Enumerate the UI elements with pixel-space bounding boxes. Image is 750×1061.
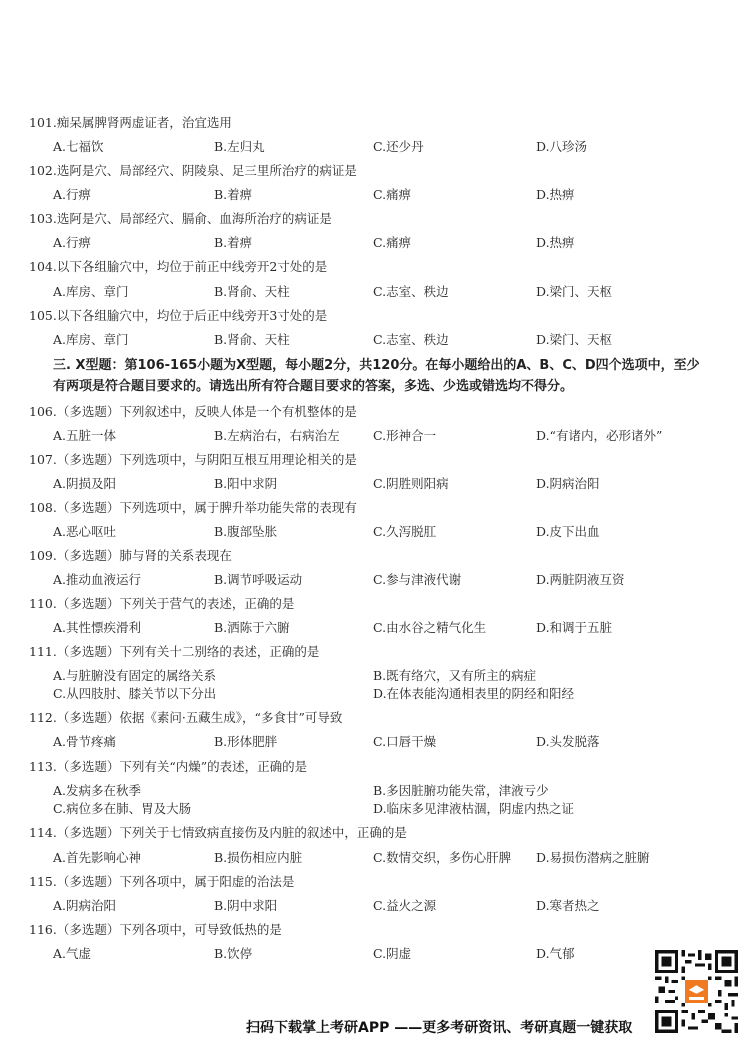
section-header: 三. X型题：第106-165小题为X型题，每小题2分，共120分。在每小题给出… (53, 355, 703, 397)
option-b: B.既有络穴，又有所主的病症 (373, 668, 536, 684)
option-c: C.痛痹 (373, 235, 411, 251)
option-a: A.七福饮 (53, 139, 104, 155)
option-b: B.肾俞、天柱 (214, 332, 290, 348)
question-options: A.气虚 B.饮停 C.阴虚 D.气郁 (0, 946, 750, 962)
question-stem: 107.（多选题）下列选项中，与阴阳互根互用理论相关的是 (29, 452, 357, 468)
option-a: A.五脏一体 (53, 428, 116, 444)
section-header-line2: 有两项是符合题目要求的。请选出所有符合题目要求的答案，多选、少选或错选均不得分。 (53, 376, 703, 397)
option-a: A.首先影响心神 (53, 850, 141, 866)
question-stem: 110.（多选题）下列关于营气的表述，正确的是 (29, 596, 294, 612)
option-a: A.与脏腑没有固定的属络关系 (53, 668, 216, 684)
question-options: A.行痹 B.着痹 C.痛痹 D.热痹 (0, 187, 750, 203)
question-options: A.阴病治阳 B.阴中求阳 C.益火之源 D.寒者热之 (0, 898, 750, 914)
option-d: D.八珍汤 (536, 139, 587, 155)
option-d: D.热痹 (536, 235, 575, 251)
option-d: D.热痹 (536, 187, 575, 203)
option-c: C.参与津液代谢 (373, 572, 461, 588)
option-a: A.骨节疼痛 (53, 734, 116, 750)
question-options: A.与脏腑没有固定的属络关系 B.既有络穴，又有所主的病症 (0, 668, 750, 684)
option-c: C.形神合一 (373, 428, 436, 444)
option-a: A.行痹 (53, 235, 91, 251)
question-options: A.恶心呕吐 B.腹部坠胀 C.久泻脱肛 D.皮下出血 (0, 524, 750, 540)
question-options: A.推动血液运行 B.调节呼吸运动 C.参与津液代谢 D.两脏阴液互资 (0, 572, 750, 588)
option-d: D.在体表能沟通相表里的阴经和阳经 (373, 686, 574, 702)
question-stem: 114.（多选题）下列关于七情致病直接伤及内脏的叙述中，正确的是 (29, 825, 407, 841)
option-c: C.还少丹 (373, 139, 424, 155)
option-d: D.临床多见津液枯涸，阴虚内热之证 (373, 801, 574, 817)
option-c: C.痛痹 (373, 187, 411, 203)
question-options: A.骨节疼痛 B.形体肥胖 C.口唇干燥 D.头发脱落 (0, 734, 750, 750)
option-a: A.行痹 (53, 187, 91, 203)
option-a: A.库房、章门 (53, 284, 129, 300)
option-d: D.和调于五脏 (536, 620, 612, 636)
option-c: C.由水谷之精气化生 (373, 620, 486, 636)
option-b: B.多因脏腑功能失常，津液亏少 (373, 783, 549, 799)
question-stem: 106.（多选题）下列叙述中，反映人体是一个有机整体的是 (29, 404, 357, 420)
option-c: C.口唇干燥 (373, 734, 436, 750)
footer-promo-text: 扫码下载掌上考研APP ——更多考研资讯、考研真题一键获取 (246, 1017, 632, 1037)
question-options: A.阴损及阳 B.阳中求阴 C.阴胜则阳病 D.阴病治阳 (0, 476, 750, 492)
option-d: D.阴病治阳 (536, 476, 600, 492)
exam-page: 101.痴呆属脾肾两虚证者，治宜选用 A.七福饮 B.左归丸 C.还少丹 D.八… (0, 0, 750, 1061)
question-stem: 109.（多选题）肺与肾的关系表现在 (29, 548, 232, 564)
question-options: A.库房、章门 B.肾俞、天柱 C.志室、秩边 D.梁门、天枢 (0, 284, 750, 300)
option-c: C.益火之源 (373, 898, 436, 914)
option-a: A.其性慓疾滑利 (53, 620, 141, 636)
option-a: A.恶心呕吐 (53, 524, 116, 540)
option-a: A.阴损及阳 (53, 476, 116, 492)
qr-code-icon[interactable] (655, 950, 738, 1033)
question-options: A.五脏一体 B.左病治右，右病治左 C.形神合一 D.“有诸内，必形诸外” (0, 428, 750, 444)
option-d: D.皮下出血 (536, 524, 600, 540)
question-stem: 105.以下各组腧穴中，均位于后正中线旁开3寸处的是 (29, 308, 327, 324)
question-options: A.发病多在秋季 B.多因脏腑功能失常，津液亏少 (0, 783, 750, 799)
option-c: C.志室、秩边 (373, 284, 449, 300)
question-stem: 111.（多选题）下列有关十二别络的表述，正确的是 (29, 644, 319, 660)
question-stem: 104.以下各组腧穴中，均位于前正中线旁开2寸处的是 (29, 259, 327, 275)
option-b: B.肾俞、天柱 (214, 284, 290, 300)
option-b: B.洒陈于六腑 (214, 620, 290, 636)
option-c: C.数情交织，多伤心肝脾 (373, 850, 511, 866)
option-d: D.头发脱落 (536, 734, 600, 750)
option-d: D.气郁 (536, 946, 575, 962)
question-options: C.病位多在肺、胃及大肠 D.临床多见津液枯涸，阴虚内热之证 (0, 801, 750, 817)
option-d: D.寒者热之 (536, 898, 600, 914)
option-c: C.阴胜则阳病 (373, 476, 449, 492)
option-a: A.库房、章门 (53, 332, 129, 348)
question-options: A.其性慓疾滑利 B.洒陈于六腑 C.由水谷之精气化生 D.和调于五脏 (0, 620, 750, 636)
option-c: C.久泻脱肛 (373, 524, 436, 540)
question-options: C.从四肢肘、膝关节以下分出 D.在体表能沟通相表里的阴经和阳经 (0, 686, 750, 702)
option-b: B.阳中求阴 (214, 476, 277, 492)
option-b: B.饮停 (214, 946, 252, 962)
question-stem: 115.（多选题）下列各项中，属于阳虚的治法是 (29, 874, 294, 890)
section-header-line1: 三. X型题：第106-165小题为X型题，每小题2分，共120分。在每小题给出… (53, 355, 703, 376)
option-c: C.从四肢肘、膝关节以下分出 (53, 686, 216, 702)
option-a: A.发病多在秋季 (53, 783, 141, 799)
question-stem: 102.选阿是穴、局部经穴、阴陵泉、足三里所治疗的病证是 (29, 163, 357, 179)
question-stem: 113.（多选题）下列有关“内燥”的表述，正确的是 (29, 759, 307, 775)
option-b: B.着痹 (214, 235, 252, 251)
question-options: A.库房、章门 B.肾俞、天柱 C.志室、秩边 D.梁门、天枢 (0, 332, 750, 348)
option-b: B.损伤相应内脏 (214, 850, 302, 866)
question-stem: 116.（多选题）下列各项中，可导致低热的是 (29, 922, 282, 938)
option-d: D.易损伤潜病之脏腑 (536, 850, 650, 866)
option-d: D.梁门、天枢 (536, 284, 612, 300)
option-d: D.“有诸内，必形诸外” (536, 428, 662, 444)
question-options: A.行痹 B.着痹 C.痛痹 D.热痹 (0, 235, 750, 251)
question-stem: 101.痴呆属脾肾两虚证者，治宜选用 (29, 115, 232, 131)
option-b: B.阴中求阳 (214, 898, 277, 914)
option-a: A.气虚 (53, 946, 91, 962)
option-b: B.形体肥胖 (214, 734, 277, 750)
option-c: C.志室、秩边 (373, 332, 449, 348)
question-options: A.首先影响心神 B.损伤相应内脏 C.数情交织，多伤心肝脾 D.易损伤潜病之脏… (0, 850, 750, 866)
option-c: C.阴虚 (373, 946, 411, 962)
option-b: B.左归丸 (214, 139, 265, 155)
option-a: A.阴病治阳 (53, 898, 116, 914)
option-a: A.推动血液运行 (53, 572, 141, 588)
question-stem: 103.选阿是穴、局部经穴、膈俞、血海所治疗的病证是 (29, 211, 332, 227)
option-b: B.着痹 (214, 187, 252, 203)
question-options: A.七福饮 B.左归丸 C.还少丹 D.八珍汤 (0, 139, 750, 155)
question-stem: 112.（多选题）依据《素问·五藏生成》，“多食甘”可导致 (29, 710, 342, 726)
option-d: D.梁门、天枢 (536, 332, 612, 348)
option-d: D.两脏阴液互资 (536, 572, 625, 588)
option-b: B.腹部坠胀 (214, 524, 277, 540)
question-stem: 108.（多选题）下列选项中，属于脾升举功能失常的表现有 (29, 500, 357, 516)
option-c: C.病位多在肺、胃及大肠 (53, 801, 191, 817)
option-b: B.调节呼吸运动 (214, 572, 302, 588)
option-b: B.左病治右，右病治左 (214, 428, 340, 444)
